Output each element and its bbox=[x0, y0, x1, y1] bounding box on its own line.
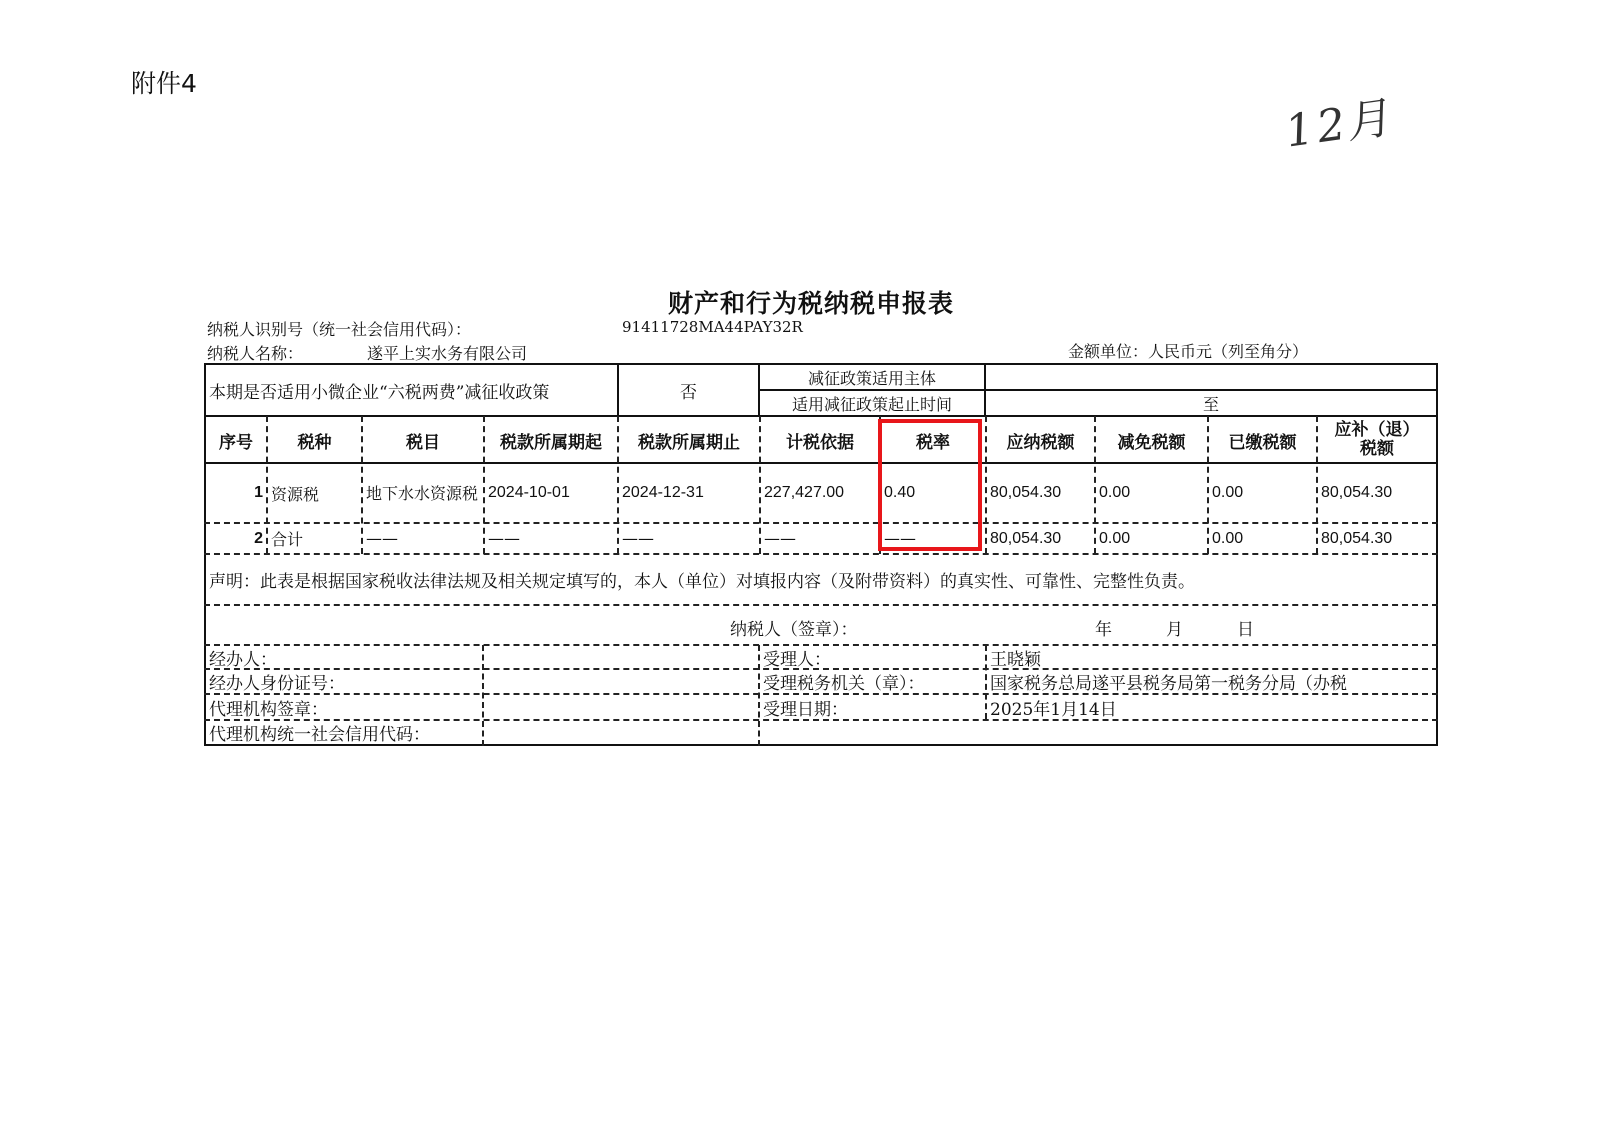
row1-period-start: 2024-10-01 bbox=[485, 464, 617, 522]
receiver-value: 王晓颖 bbox=[987, 646, 1436, 668]
row1-due: 80,054.30 bbox=[1318, 464, 1436, 522]
policy-subject-value bbox=[986, 365, 1436, 389]
column-header-due: 应补（退）税额 bbox=[1318, 417, 1436, 463]
agency-seal-value bbox=[484, 695, 758, 719]
row1-payable: 80,054.30 bbox=[987, 464, 1094, 522]
row2-tax-item: —— bbox=[363, 524, 483, 553]
taxpayer-id-value: 91411728MA44PAY32R bbox=[622, 318, 803, 336]
date-month-label: 月 bbox=[1166, 615, 1183, 640]
handwritten-note: 12月 bbox=[1284, 80, 1397, 161]
row1-tax-type: 资源税 bbox=[268, 464, 361, 522]
row2-reduction: 0.00 bbox=[1096, 524, 1207, 553]
agency-code-label: 代理机构统一社会信用代码： bbox=[206, 721, 482, 744]
receiver-label: 受理人： bbox=[760, 646, 985, 668]
policy-period-label: 适用减征政策起止时间 bbox=[760, 391, 984, 415]
row2-basis: —— bbox=[761, 524, 879, 553]
row2-paid: 0.00 bbox=[1209, 524, 1316, 553]
row2-payable: 80,054.30 bbox=[987, 524, 1094, 553]
handler-value bbox=[484, 646, 758, 668]
declaration-text: 声明：此表是根据国家税收法律法规及相关规定填写的，本人（单位）对填报内容（及附带… bbox=[206, 555, 1436, 604]
taxpayer-id-label: 纳税人识别号（统一社会信用代码）： bbox=[207, 317, 471, 340]
row1-paid: 0.00 bbox=[1209, 464, 1316, 522]
agency-code-value bbox=[484, 721, 758, 744]
policy-subject-label: 减征政策适用主体 bbox=[760, 365, 984, 389]
divider bbox=[204, 604, 1438, 606]
row2-period-start: —— bbox=[485, 524, 617, 553]
row2-due: 80,054.30 bbox=[1318, 524, 1436, 553]
amount-unit: 金额单位：人民币元（列至角分） bbox=[1068, 339, 1308, 362]
column-header-tax-item: 税目 bbox=[363, 417, 483, 463]
tax-office-label: 受理税务机关（章）： bbox=[760, 670, 985, 693]
column-header-tax-type: 税种 bbox=[268, 417, 361, 463]
rate-column-highlight bbox=[878, 419, 982, 551]
accept-date-label: 受理日期： bbox=[760, 695, 985, 719]
handler-label: 经办人： bbox=[206, 646, 482, 668]
column-header-basis: 计税依据 bbox=[761, 417, 879, 463]
policy-answer: 否 bbox=[619, 365, 758, 415]
row1-reduction: 0.00 bbox=[1096, 464, 1207, 522]
date-year-label: 年 bbox=[1095, 615, 1112, 640]
agency-seal-label: 代理机构签章： bbox=[206, 695, 482, 719]
policy-period-value: 至 bbox=[986, 391, 1436, 415]
signature-label: 纳税人（签章）： bbox=[730, 615, 858, 640]
row1-period-end: 2024-12-31 bbox=[619, 464, 759, 522]
row2-tax-type: 合计 bbox=[268, 524, 361, 553]
column-header-seq: 序号 bbox=[206, 417, 266, 463]
column-header-reduction: 减免税额 bbox=[1096, 417, 1207, 463]
row2-period-end: —— bbox=[619, 524, 759, 553]
row1-seq: 1 bbox=[206, 464, 266, 522]
form-title: 财产和行为税纳税申报表 bbox=[668, 284, 954, 320]
taxpayer-name-label: 纳税人名称： bbox=[207, 341, 303, 364]
accept-date-value: 2025年1月14日 bbox=[987, 695, 1436, 719]
column-header-payable: 应纳税额 bbox=[987, 417, 1094, 463]
handler-id-label: 经办人身份证号： bbox=[206, 670, 482, 693]
policy-question: 本期是否适用小微企业“六税两费”减征收政策 bbox=[206, 365, 617, 415]
date-day-label: 日 bbox=[1237, 615, 1254, 640]
column-header-period-end: 税款所属期止 bbox=[619, 417, 759, 463]
row1-basis: 227,427.00 bbox=[761, 464, 879, 522]
handler-id-value bbox=[484, 670, 758, 693]
column-header-paid: 已缴税额 bbox=[1209, 417, 1316, 463]
row2-seq: 2 bbox=[206, 524, 266, 553]
attachment-label: 附件4 bbox=[131, 64, 197, 100]
column-header-period-start: 税款所属期起 bbox=[485, 417, 617, 463]
tax-office-value: 国家税务总局遂平县税务局第一税务分局（办税 bbox=[987, 670, 1436, 693]
taxpayer-name-value: 遂平上实水务有限公司 bbox=[367, 341, 527, 364]
row1-tax-item: 地下水水资源税 bbox=[363, 464, 483, 522]
